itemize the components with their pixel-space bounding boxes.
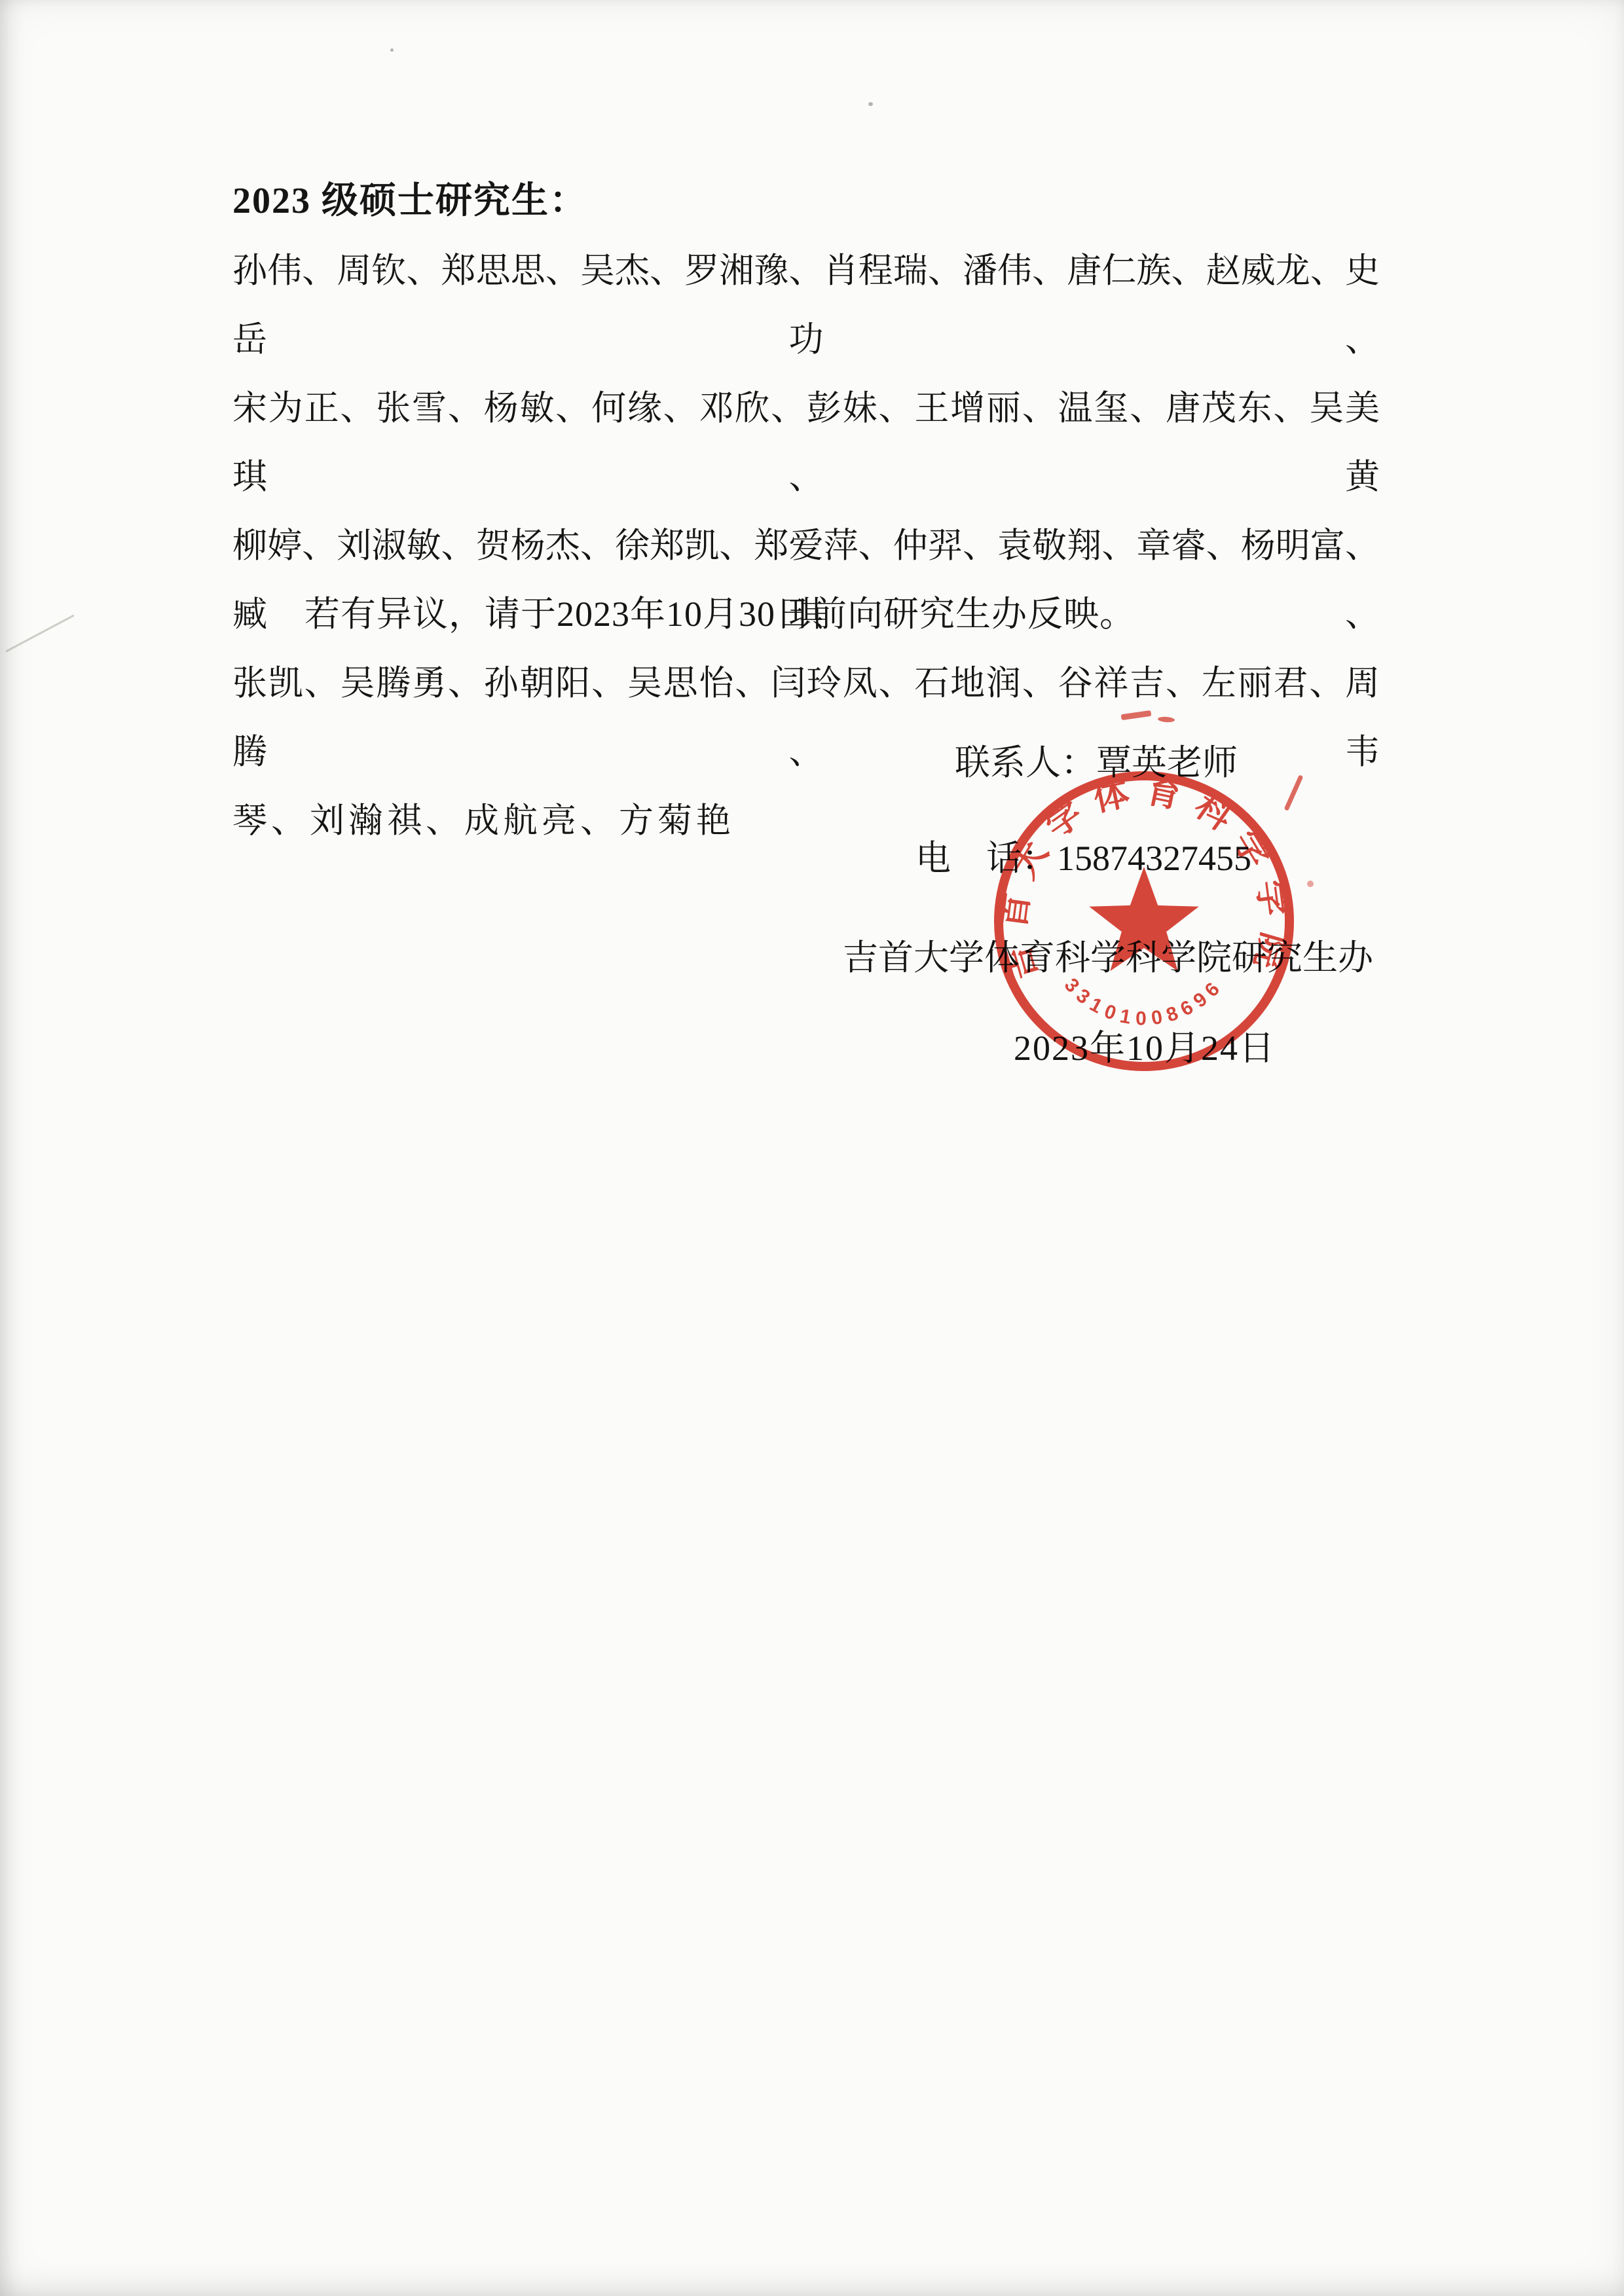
document-page: 2023 级硕士研究生： 孙伟、周钦、郑思思、吴杰、罗湘豫、肖程瑞、潘伟、唐仁族… — [0, 0, 1624, 2296]
star-icon — [1089, 867, 1198, 971]
official-seal: 吉首大学体育科学学院 4331010086964 — [990, 767, 1298, 1075]
scan-speck — [390, 48, 394, 52]
scan-speck — [868, 102, 873, 106]
objection-notice: 若有异议，请于2023年10月30日前向研究生办反映。 — [304, 586, 1135, 636]
names-line-1: 孙伟、周钦、郑思思、吴杰、罗湘豫、肖程瑞、潘伟、唐仁族、赵威龙、史岳功、 — [232, 237, 1380, 374]
page-title: 2023 级硕士研究生： — [232, 172, 587, 224]
official-seal-svg: 吉首大学体育科学学院 4331010086964 — [990, 767, 1298, 1075]
ink-smudge — [1307, 881, 1314, 887]
names-line-2: 宋为正、张雪、杨敏、何缘、邓欣、彭妹、王增丽、温玺、唐茂东、吴美琪、黄 — [232, 374, 1380, 512]
scan-scratch-mark — [5, 614, 75, 652]
